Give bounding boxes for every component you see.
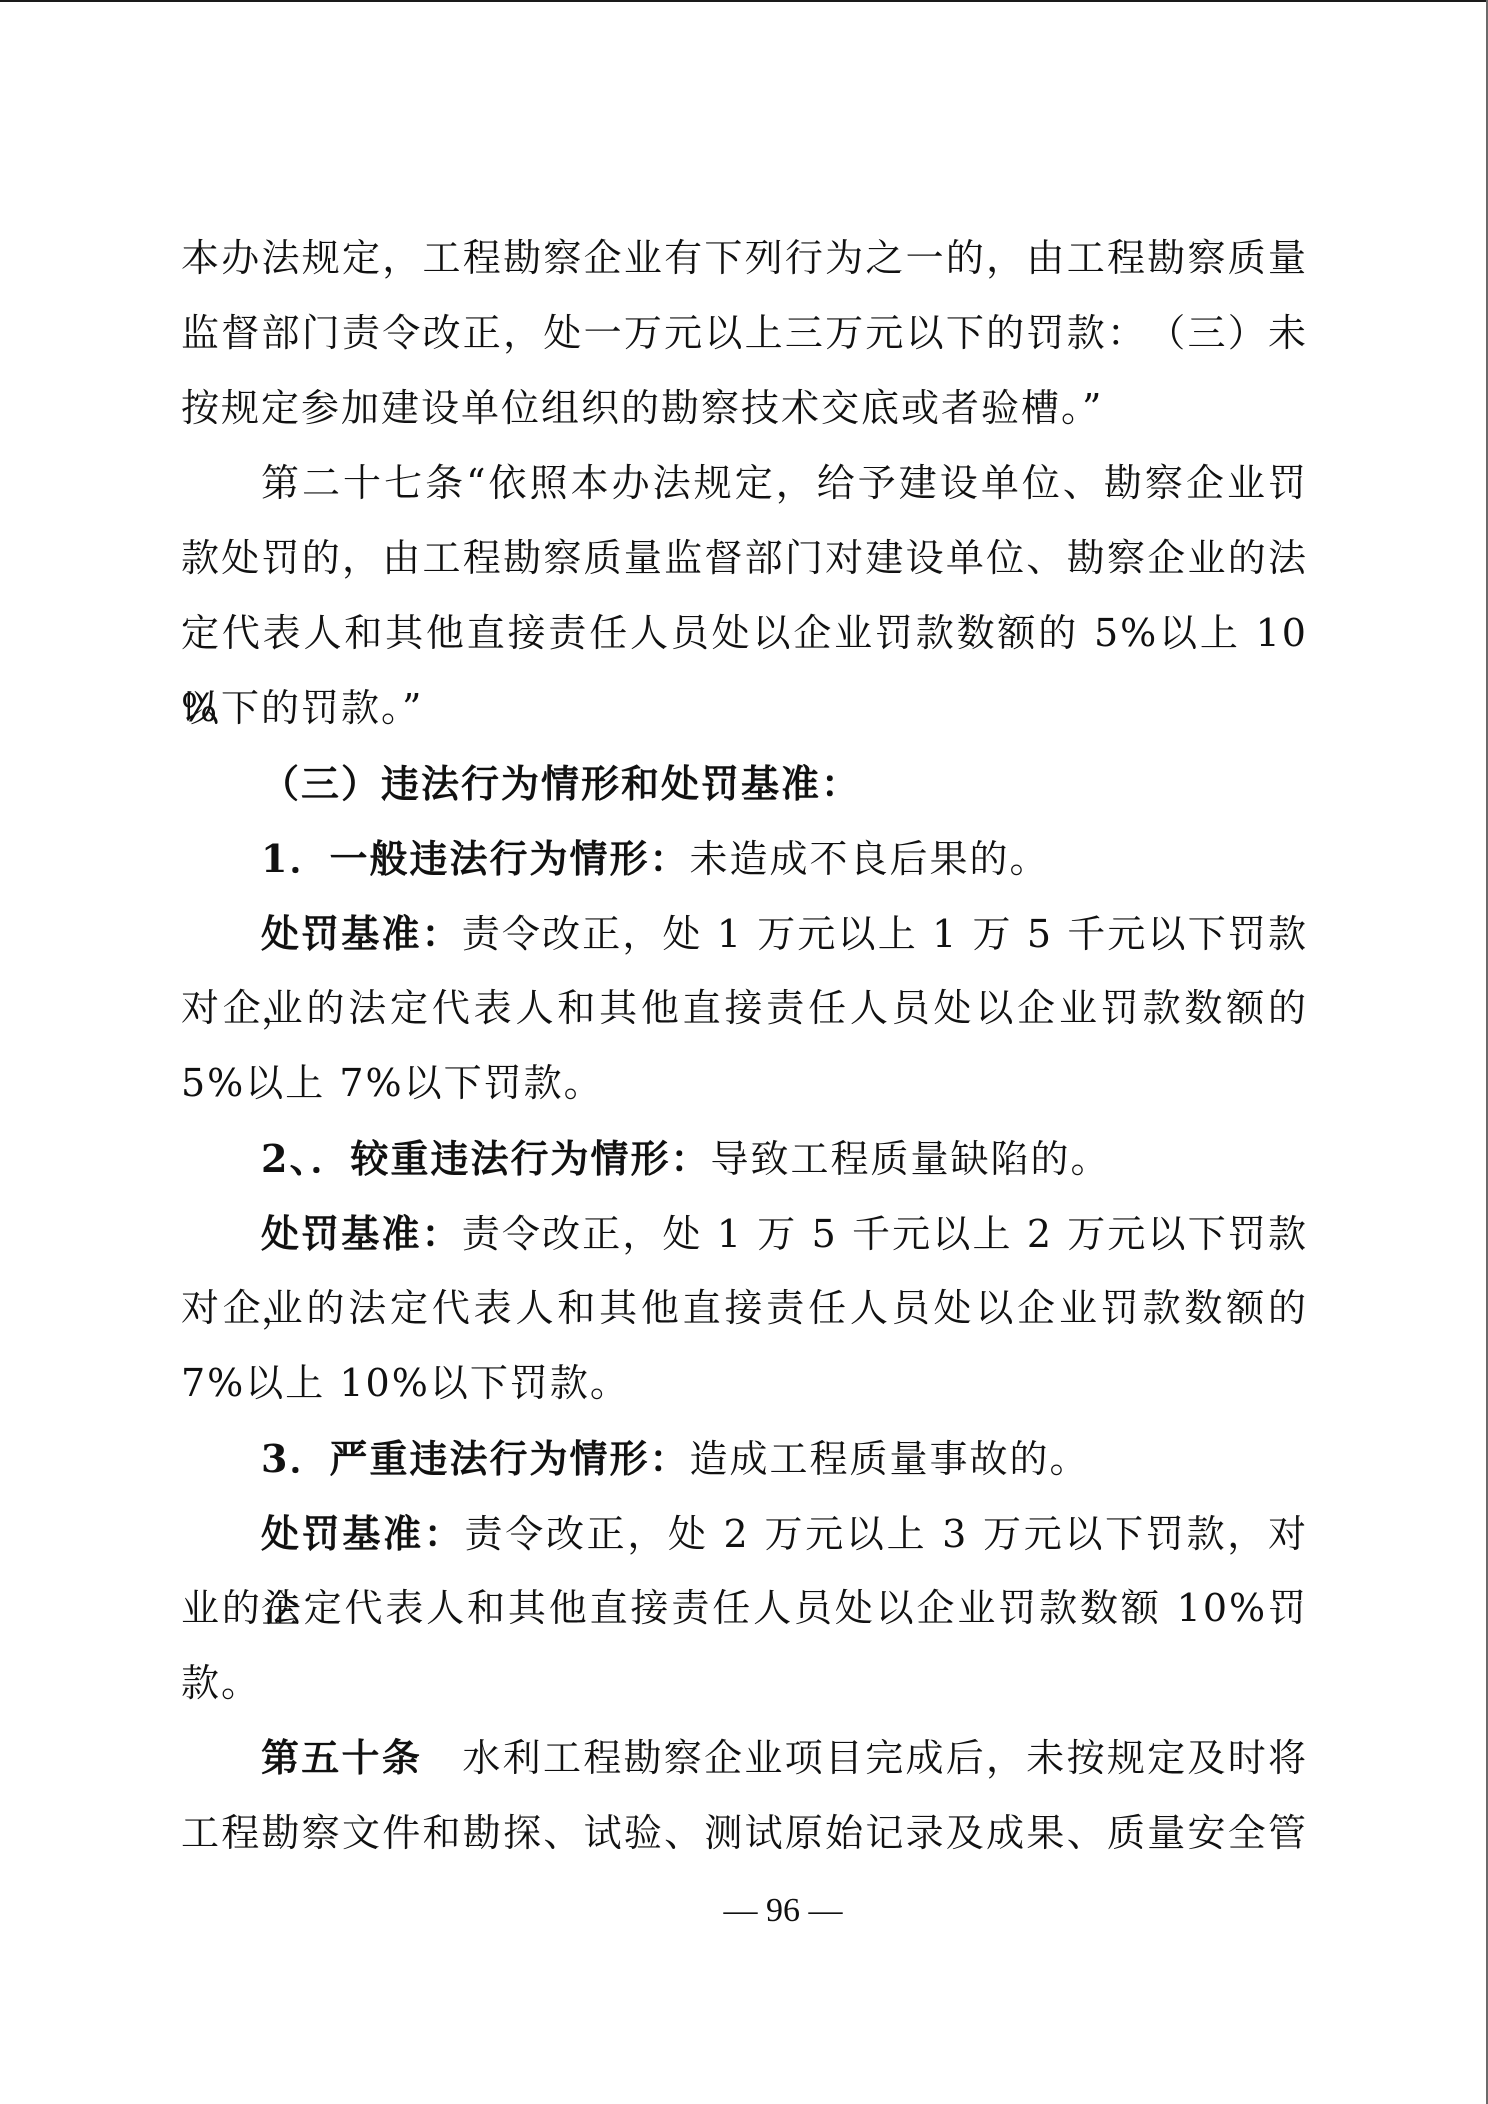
case-2-heading: 2、．较重违法行为情形：导致工程质量缺陷的。 — [181, 1121, 1308, 1196]
article-50-line-1: 第​五​十​条 ​水​利​工​程​勘​察​企​业​项​目​完​成​后​，​未​按… — [181, 1721, 1308, 1796]
paragraph-line-3: 按规定参加建设单位组织的勘察技术交底或者验槽。” — [181, 371, 1308, 446]
case-1-heading: 1．一般违法行为情形：未造成不良后果的。 — [181, 821, 1308, 896]
line-text: 本​办​法​规​定​，​工​程​勘​察​企​业​有​下​列​行​为​之​一​的​… — [181, 236, 1308, 280]
case-description: 导致工程质量缺陷的。 — [710, 1137, 1110, 1181]
article-50-line-2: 工​程​勘​察​文​件​和​勘​探​、​试​验​、​测​试​原​始​记​录​及​… — [181, 1796, 1308, 1871]
article-27-line-3: 定​代​表​人​和​其​他​直​接​责​任​人​员​处​以​企​业​罚​款​数​… — [181, 596, 1308, 671]
penalty-label: 处​罚​基​准​： — [261, 911, 462, 956]
line-text: 第​二​十​七​条​“​依​照​本​办​法​规​定​，​给​予​建​设​单​位​… — [261, 461, 1308, 505]
line-text: 款​处​罚​的​，​由​工​程​勘​察​质​量​监​督​部​门​对​建​设​单​… — [181, 536, 1308, 580]
paragraph-line-2: 监​督​部​门​责​令​改​正​，​处​一​万​元​以​上​三​万​元​以​下​… — [181, 296, 1308, 371]
case-label: 3．严重违法行为情形： — [261, 1436, 689, 1481]
case-1-penalty-line-1: 处​罚​基​准​：责​令​改​正​，​处​ ​1​ ​万​元​以​上​ ​1​ … — [181, 896, 1308, 971]
line-text: 按规定参加建设单位组织的勘察技术交底或者验槽。” — [181, 386, 1103, 430]
line-text: 7%以上 10%以下罚款。 — [181, 1361, 630, 1405]
case-description: 未造成不良后果的。 — [689, 837, 1049, 881]
case-2-penalty-line-1: 处​罚​基​准​：责​令​改​正​，​处​ ​1​ ​万​ ​5​ ​千​元​以… — [181, 1196, 1308, 1271]
article-text: ​水​利​工​程​勘​察​企​业​项​目​完​成​后​，​未​按​规​定​及​时… — [422, 1736, 1308, 1780]
page-border-top — [0, 0, 1488, 2]
section-heading-text: （三）违法行为情形和处罚基准： — [261, 761, 861, 806]
case-1-penalty-line-3: 5%以上 7%以下罚款。 — [181, 1046, 1308, 1121]
line-text: 业​的​法​定​代​表​人​和​其​他​直​接​责​任​人​员​处​以​企​业​… — [181, 1586, 1308, 1630]
case-1-penalty-line-2: 对​企​业​的​法​定​代​表​人​和​其​他​直​接​责​任​人​员​处​以​… — [181, 971, 1308, 1046]
case-3-penalty-line-1: 处​罚​基​准​：责​令​改​正​，​处​ ​2​ ​万​元​以​上​ ​3​ … — [181, 1496, 1308, 1571]
article-title: 第​五​十​条 — [261, 1736, 422, 1780]
article-27-line-2: 款​处​罚​的​，​由​工​程​勘​察​质​量​监​督​部​门​对​建​设​单​… — [181, 521, 1308, 596]
case-3-heading: 3．严重违法行为情形：造成工程质量事故的。 — [181, 1421, 1308, 1496]
penalty-label: 处​罚​基​准​： — [261, 1511, 465, 1556]
line-text: 款。 — [181, 1661, 261, 1705]
case-3-penalty-line-3: 款。 — [181, 1646, 1308, 1721]
penalty-label: 处​罚​基​准​： — [261, 1211, 462, 1256]
line-text: 对​企​业​的​法​定​代​表​人​和​其​他​直​接​责​任​人​员​处​以​… — [181, 986, 1308, 1030]
line-text: 监​督​部​门​责​令​改​正​，​处​一​万​元​以​上​三​万​元​以​下​… — [181, 311, 1308, 355]
page-number: — 96 — — [0, 1886, 1488, 1936]
line-text: 以下的罚款。” — [181, 686, 423, 730]
case-label: 1．一般违法行为情形： — [261, 836, 689, 881]
line-text: 对​企​业​的​法​定​代​表​人​和​其​他​直​接​责​任​人​员​处​以​… — [181, 1286, 1308, 1330]
article-27-line-1: 第​二​十​七​条​“​依​照​本​办​法​规​定​，​给​予​建​设​单​位​… — [181, 446, 1308, 521]
case-3-penalty-line-2: 业​的​法​定​代​表​人​和​其​他​直​接​责​任​人​员​处​以​企​业​… — [181, 1571, 1308, 1646]
line-text: 5%以上 7%以下罚款。 — [181, 1061, 604, 1105]
article-27-line-4: 以下的罚款。” — [181, 671, 1308, 746]
case-label: 2、．较重违法行为情形： — [261, 1136, 710, 1181]
section-heading: （三）违法行为情形和处罚基准： — [181, 746, 1308, 821]
case-2-penalty-line-3: 7%以上 10%以下罚款。 — [181, 1346, 1308, 1421]
case-description: 造成工程质量事故的。 — [689, 1437, 1089, 1481]
document-body: 本​办​法​规​定​，​工​程​勘​察​企​业​有​下​列​行​为​之​一​的​… — [181, 221, 1308, 1871]
case-2-penalty-line-2: 对​企​业​的​法​定​代​表​人​和​其​他​直​接​责​任​人​员​处​以​… — [181, 1271, 1308, 1346]
paragraph-line-1: 本​办​法​规​定​，​工​程​勘​察​企​业​有​下​列​行​为​之​一​的​… — [181, 221, 1308, 296]
line-text: 工​程​勘​察​文​件​和​勘​探​、​试​验​、​测​试​原​始​记​录​及​… — [181, 1811, 1308, 1855]
